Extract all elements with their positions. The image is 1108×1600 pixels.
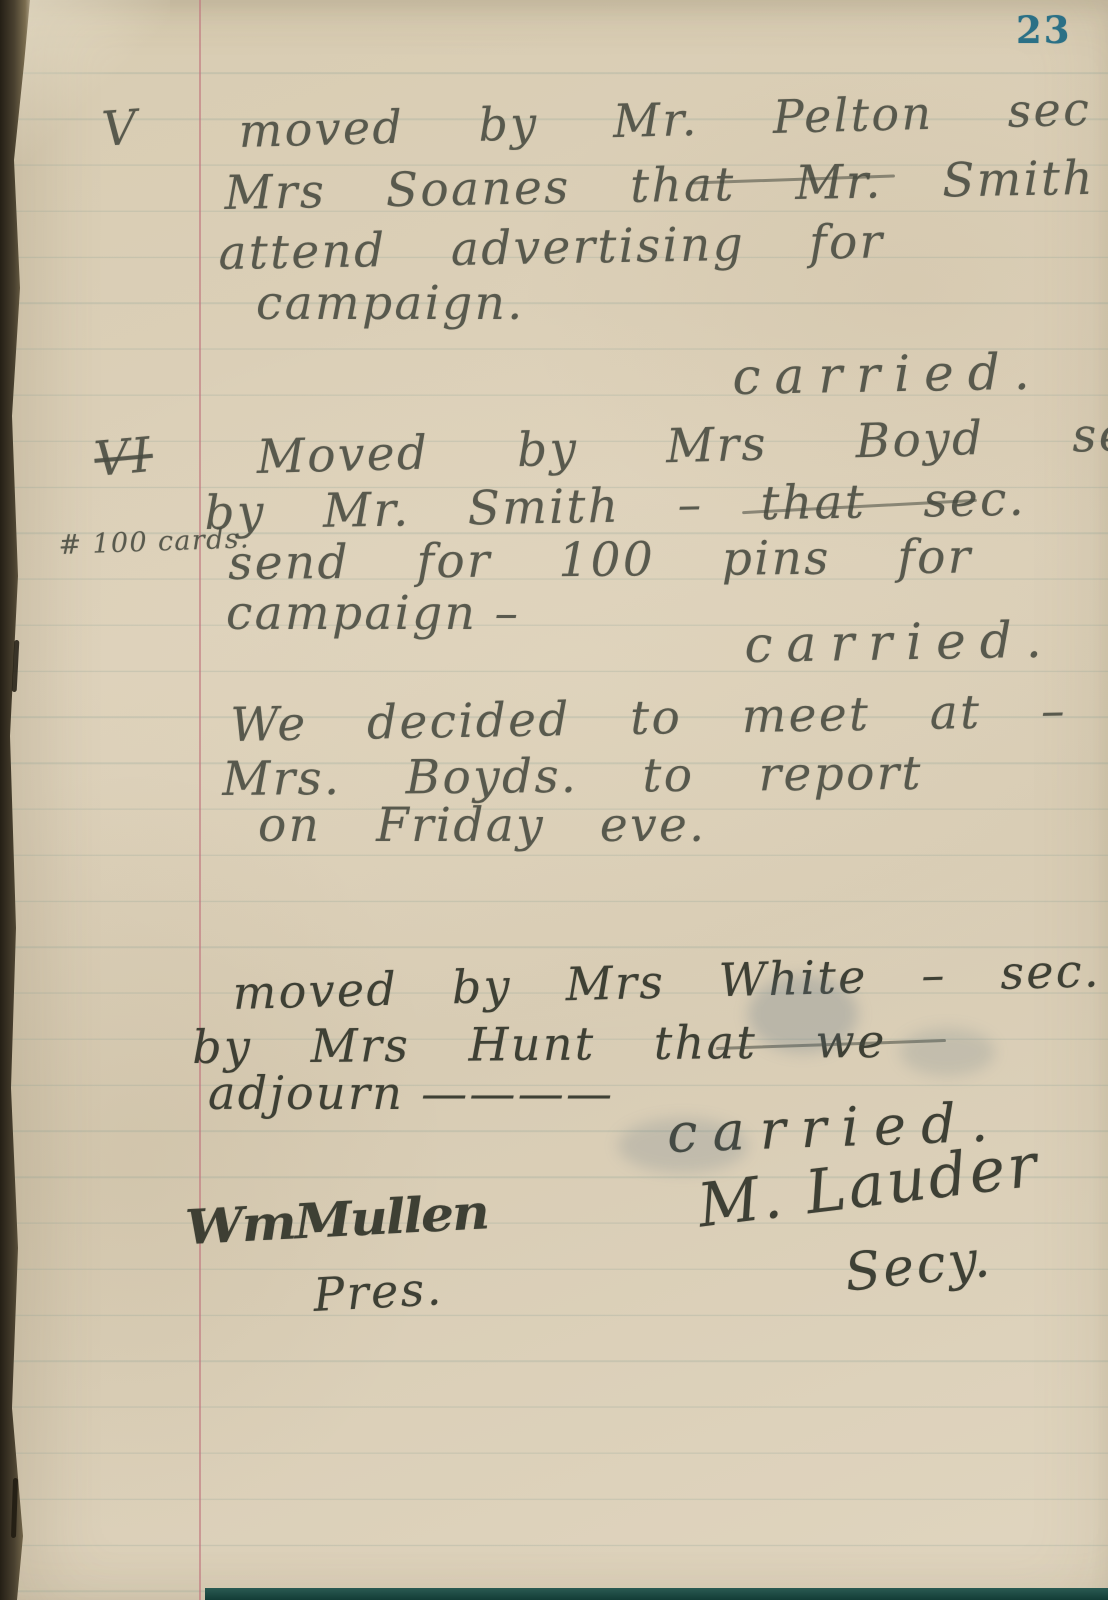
ink-smudge — [900, 1028, 995, 1076]
margin-line — [199, 0, 201, 1600]
motion-result: carried. — [744, 611, 1056, 674]
president-title: Pres. — [312, 1261, 445, 1322]
page-number: 23 — [1016, 8, 1072, 52]
ink-smudge — [618, 1118, 748, 1173]
entry-marker: V — [100, 99, 141, 157]
handwriting-line: campaign. — [256, 276, 525, 331]
handwriting-line: on Friday eve. — [258, 798, 706, 853]
minute-book-page: 23 V moved by Mr. Pelton sec by Mrs Soan… — [0, 0, 1108, 1600]
motion-result: carried. — [732, 343, 1044, 406]
handwriting-line: attend advertising for — [218, 214, 885, 281]
ink-smudge — [748, 975, 858, 1053]
next-page-edge — [205, 1588, 1108, 1600]
handwriting-line: campaign – — [226, 586, 520, 641]
handwriting-line: send for 100 pins for — [228, 530, 973, 591]
entry-marker: VI — [92, 427, 155, 488]
handwriting-line: adjourn ———— — [208, 1066, 614, 1120]
